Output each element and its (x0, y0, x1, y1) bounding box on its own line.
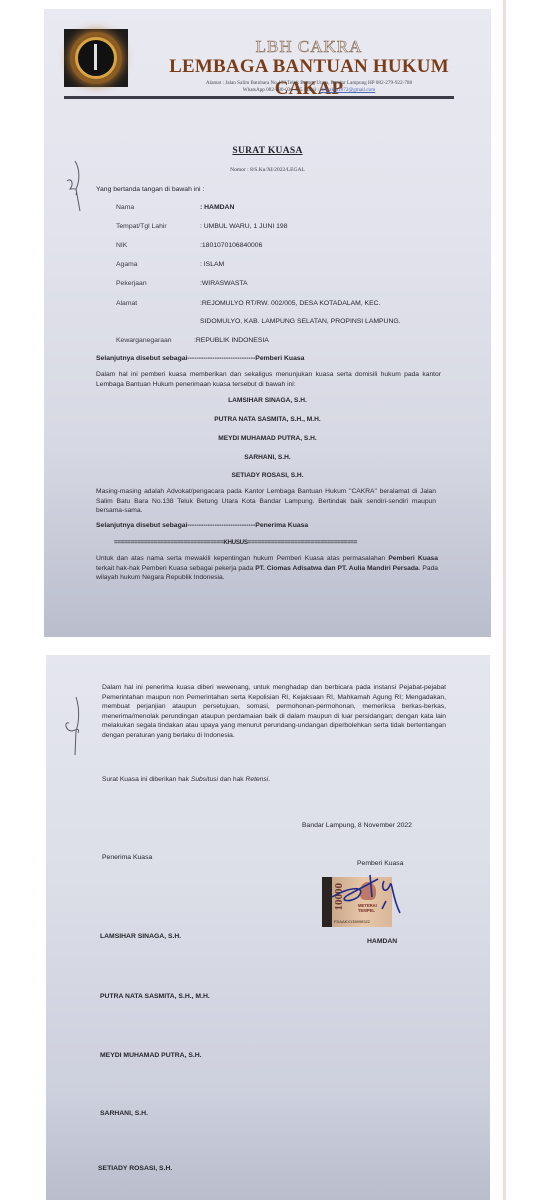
advocate-name: PUTRA NATA SASMITA, S.H., M.H. (44, 416, 491, 423)
paragraph-advokat: Masing-masing adalah Advokat/pengacara p… (96, 487, 436, 516)
signatory-name: LAMSIHAR SINAGA, S.H. (100, 932, 181, 941)
paraf-signature-icon (60, 695, 90, 757)
khusus-divider: =================================KHUSUS=… (114, 538, 357, 547)
signatory-name: SETIADY ROSASI, S.H. (98, 1164, 172, 1173)
paragraph-domisili: Dalam hal ini pemberi kuasa memberikan d… (96, 370, 441, 389)
advocate-name: LAMSIHAR SINAGA, S.H. (44, 397, 491, 404)
value-alamat-2: SIDOMULYO, KAB. LAMPUNG SELATAN, PROPINS… (200, 318, 401, 325)
document-number: Nomor : 8/S.Ku/XI/2022/LEGAL (44, 167, 491, 173)
label-ttl: Tempat/Tgl Lahir (116, 223, 167, 230)
hak-text: Surat Kuasa ini diberikan hak (102, 776, 191, 783)
org-short-name: LBH CAKRA (134, 37, 484, 57)
para3-text: Untuk dan atas nama serta mewakili kepen… (96, 555, 388, 562)
label-agama: Agama (116, 261, 138, 268)
label-kewarganegaraan: Kewarganegaraan (116, 337, 172, 344)
org-address: Alamat : Jalan Salim Batubara No.138 Tel… (134, 80, 484, 94)
document-title: SURAT KUASA (44, 146, 491, 156)
hak-retensi: Retensi (246, 776, 269, 783)
document-page-2: Dalam hal ini penerima kuasa diberi wewe… (46, 655, 490, 1200)
penerima-kuasa-label: Penerima Kuasa (102, 853, 152, 862)
address-line-1: Alamat : Jalan Salim Batubara No.138 Tel… (134, 80, 484, 87)
signatory-name: SARHANI, S.H. (100, 1109, 148, 1118)
pemberi-signature-icon (328, 867, 418, 922)
paragraph-hak: Surat Kuasa ini diberikan hak Subsitusi … (102, 775, 270, 785)
value-ttl: : UMBUL WARU, 1 JUNI 198 (200, 223, 288, 230)
value-alamat: :REJOMULYO RT/RW. 002/005, DESA KOTADALA… (200, 300, 380, 307)
company-names: PT. Ciomas Adisatwa dan PT. Aulia Mandir… (255, 565, 418, 572)
value-agama: : ISLAM (200, 261, 224, 268)
label-nama: Nama (116, 204, 134, 211)
address-line-2: WhatsApp 082-280-036-155 Email : lbhcakr… (134, 87, 484, 94)
paragraph-wewenang: Dalam hal ini penerima kuasa diberi wewe… (102, 683, 446, 741)
hak-text: . (268, 776, 270, 783)
lbh-logo-icon (64, 29, 128, 87)
value-nama: : HAMDAN (200, 204, 234, 211)
label-pekerjaan: Pekerjaan (116, 280, 147, 287)
hak-subsitusi: Subsitusi (191, 776, 218, 783)
paragraph-khusus: Untuk dan atas nama serta mewakili kepen… (96, 554, 438, 583)
penerima-kuasa-line: Selanjutnya disebut sebagai-------------… (96, 521, 308, 530)
para3-text: terkait hak-hak Pemberi Kuasa sebagai pe… (96, 565, 255, 572)
background-edge (503, 0, 506, 1200)
advocate-name: SETIADY ROSASI, S.H. (44, 472, 491, 479)
letterhead-rule (64, 96, 454, 99)
value-pekerjaan: :WIRASWASTA (200, 280, 248, 287)
pemberi-name: HAMDAN (367, 937, 397, 946)
hak-text: dan hak (218, 776, 246, 783)
para3-bold: Pemberi Kuasa (388, 555, 438, 562)
value-kewarganegaraan: :REPUBLIK INDONESIA (194, 337, 269, 344)
place-date: Bandar Lampung, 8 November 2022 (302, 821, 412, 830)
document-page-1: LBH CAKRA LEMBAGA BANTUAN HUKUM CAKAP Al… (44, 9, 491, 637)
label-alamat: Alamat (116, 300, 137, 307)
intro-text: Yang bertanda tangan di bawah ini : (96, 185, 204, 194)
value-nik: :1801070106840006 (200, 242, 262, 249)
whatsapp-text: WhatsApp 082-280-036-155 Email : (243, 87, 321, 93)
pemberi-kuasa-line: Selanjutnya disebut sebagai-------------… (96, 354, 304, 363)
advocate-name: SARHANI, S.H. (44, 454, 491, 461)
email-link[interactable]: lbhcakra1872@gmail.com (320, 87, 375, 93)
signatory-name: PUTRA NATA SASMITA, S.H., M.H. (100, 992, 210, 1001)
advocate-name: MEYDI MUHAMAD PUTRA, S.H. (44, 435, 491, 442)
signatory-name: MEYDI MUHAMAD PUTRA, S.H. (100, 1051, 202, 1060)
label-nik: NIK (116, 242, 127, 249)
